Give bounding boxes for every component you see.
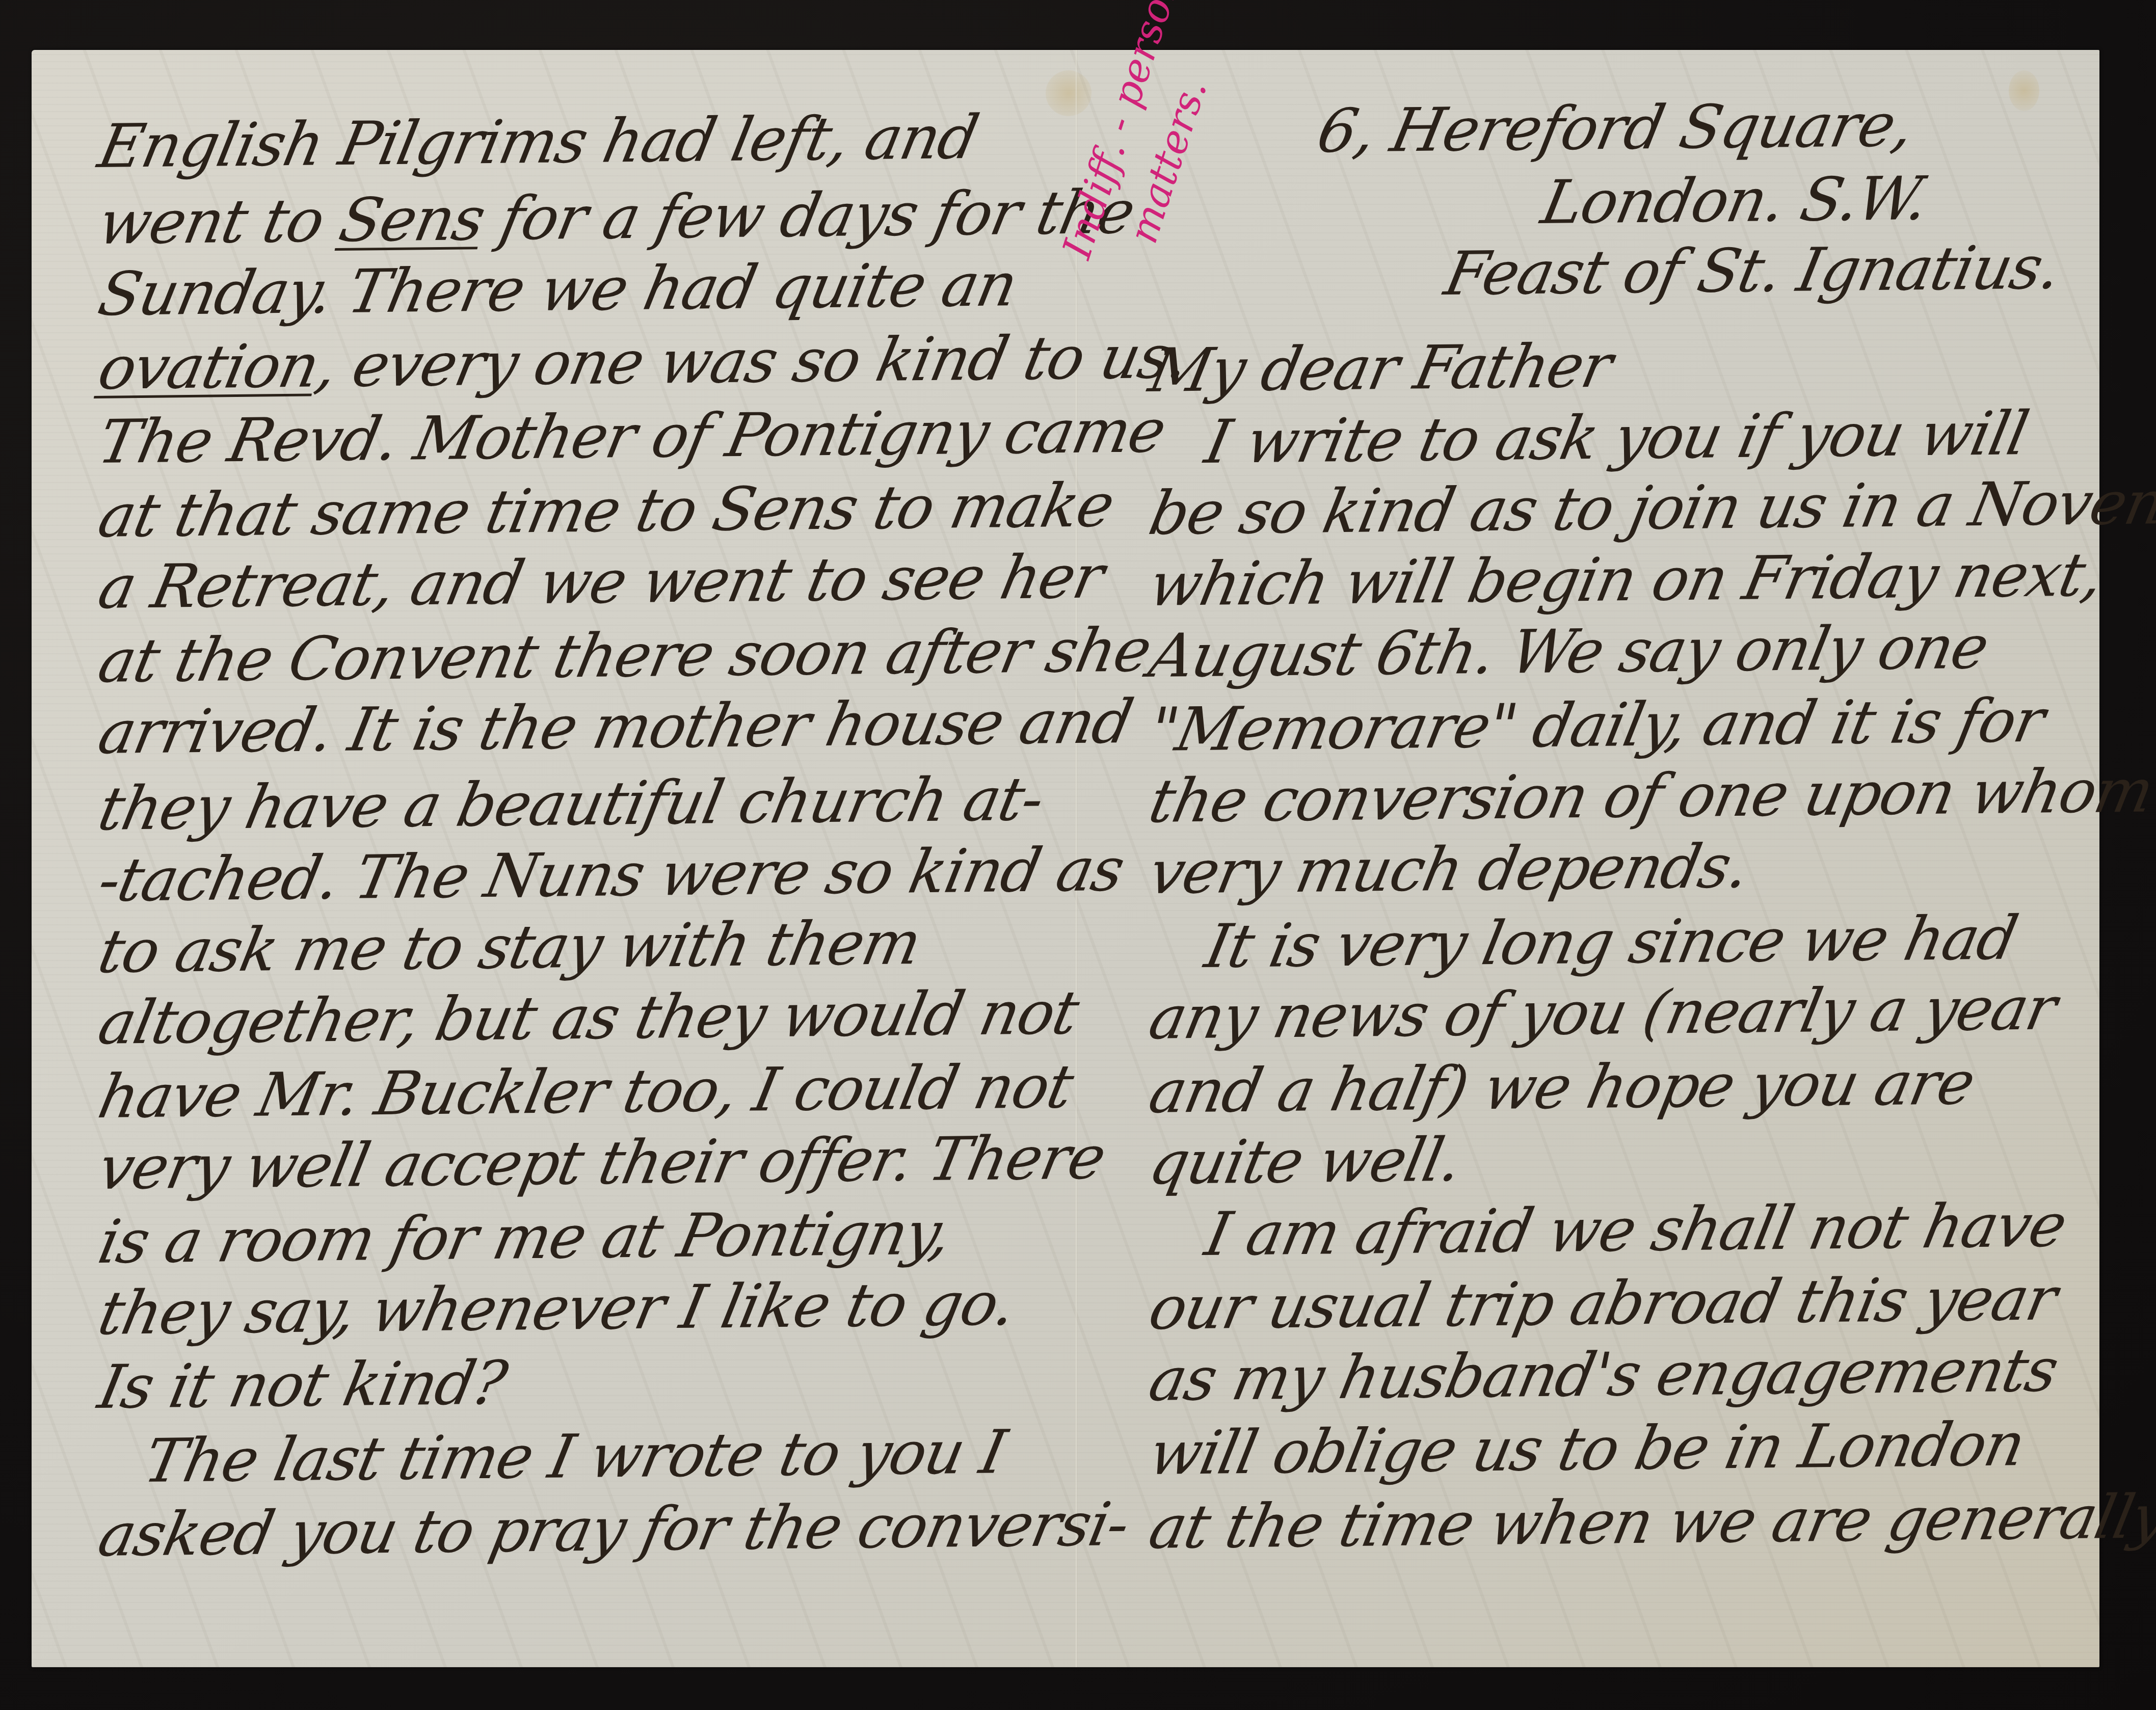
- letter-line: -tached. The Nuns were so kind as: [93, 834, 1130, 915]
- letter-date: Feast of St. Ignatius.: [1439, 232, 2066, 309]
- letter-line: to ask me to stay with them: [93, 907, 926, 986]
- letter-line: August 6th. We say only one: [1143, 612, 1994, 691]
- letter-line: is a room for me at Pontigny,: [93, 1198, 956, 1277]
- letter-line: have Mr. Buckler too, I could not: [93, 1051, 1078, 1132]
- text-fragment: for a few days for the: [476, 177, 1140, 254]
- letter-line: at the time when we are generally: [1143, 1481, 2156, 1562]
- text-fragment: went to: [93, 185, 348, 258]
- underlined-word: ovation: [93, 331, 325, 403]
- letter-line: will oblige us to be in London: [1143, 1409, 2030, 1488]
- letter-line: be so kind as to join us in a Novena: [1143, 467, 2156, 548]
- letter-line: The Revd. Mother of Pontigny came: [93, 395, 1171, 477]
- letter-line: they say, whenever I like to go.: [93, 1268, 1021, 1348]
- letter-line: The last time I wrote to you I: [139, 1417, 1012, 1496]
- letter-line: "Memorare" daily, and it is for: [1143, 685, 2050, 765]
- address-line-2: London. S.W.: [1536, 163, 1934, 237]
- letter-line: altogether, but as they would not: [93, 977, 1084, 1058]
- letter-line: asked you to pray for the conversi-: [93, 1489, 1135, 1570]
- address-line-1: 6, Hereford Square,: [1312, 90, 1919, 166]
- letter-line: I write to ask you if you will: [1200, 398, 2034, 477]
- letter-line: I am afraid we shall not have: [1200, 1190, 2072, 1269]
- letter-line: very well accept their offer. There: [93, 1122, 1111, 1203]
- letter-line: It is very long since we had: [1200, 902, 2023, 981]
- letter-line: they have a beautiful church at-: [93, 764, 1049, 844]
- letter-line: arrived. It is the mother house and: [93, 686, 1138, 767]
- letter-line: very much depends.: [1143, 831, 1754, 907]
- letter-line: the conversion of one upon whom: [1143, 755, 2156, 836]
- letter-line: at the Convent there soon after she: [93, 614, 1157, 696]
- right-page: Indiff. - person. matters. 6, Hereford S…: [1077, 50, 2099, 1667]
- letter-line: Is it not kind?: [93, 1348, 512, 1422]
- salutation: My dear Father: [1143, 331, 1617, 406]
- left-page: English Pilgrims had left, and went to S…: [32, 50, 1075, 1667]
- letter-line: a Retreat, and we went to see her: [93, 541, 1109, 622]
- letter-sheet: English Pilgrims had left, and went to S…: [32, 50, 2099, 1667]
- letter-line: went to Sens for a few days for the: [93, 177, 1140, 258]
- letter-line: English Pilgrims had left, and: [93, 102, 983, 181]
- letter-line: and a half) we hope you are: [1143, 1048, 1980, 1127]
- letter-line: ovation, every one was so kind to us.: [93, 322, 1194, 403]
- letter-line: at that same time to Sens to make: [93, 470, 1120, 551]
- text-fragment: , every one was so kind to us.: [310, 322, 1194, 401]
- letter-line: Sunday. There we had quite an: [93, 249, 1023, 329]
- letter-line: as my husband's engagements: [1143, 1334, 2063, 1414]
- underlined-word: Sens: [334, 183, 491, 255]
- letter-line: any news of you (nearly a year: [1143, 973, 2062, 1053]
- letter-line: our usual trip abroad this year: [1143, 1263, 2062, 1343]
- letter-line: which will begin on Friday next,: [1143, 540, 2109, 620]
- letter-line: quite well.: [1143, 1125, 1467, 1198]
